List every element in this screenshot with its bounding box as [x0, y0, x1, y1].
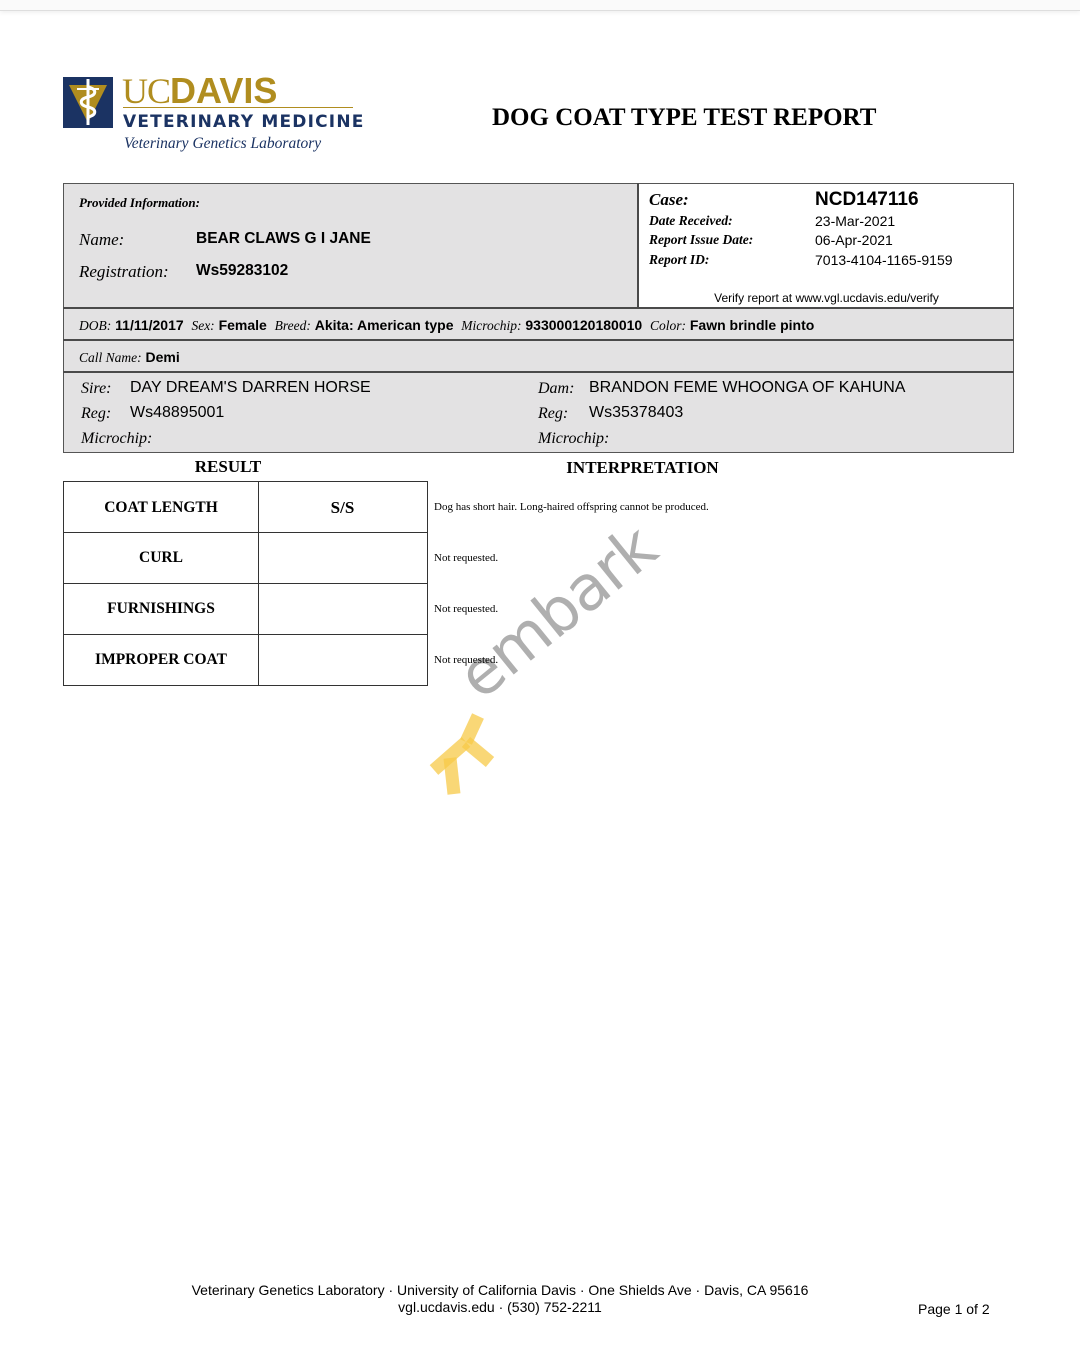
- provided-info-heading: Provided Information:: [79, 195, 200, 211]
- case-label: Case:: [649, 190, 689, 210]
- footer-contact: vgl.ucdavis.edu · (530) 752-2211: [150, 1299, 850, 1315]
- viewer-top-bar: [0, 0, 1080, 11]
- row-divider: [63, 307, 1014, 309]
- sire-reg-label: Reg:: [81, 405, 111, 423]
- details-row: DOB: 11/11/2017 Sex: Female Breed: Akita…: [79, 317, 814, 334]
- report-id: 7013-4104-1165-9159: [815, 252, 953, 268]
- dam-microchip-label: Microchip:: [538, 430, 609, 448]
- date-received-label: Date Received:: [649, 213, 733, 229]
- dam-reg: Ws35378403: [589, 404, 683, 422]
- date-received: 23-Mar-2021: [815, 213, 895, 229]
- test-name: FURNISHINGS: [64, 584, 259, 634]
- dob: 11/11/2017: [115, 317, 184, 333]
- row-divider: [63, 371, 1014, 373]
- result-table: COAT LENGTH S/S CURL FURNISHINGS IMPROPE…: [63, 481, 428, 686]
- dam-reg-label: Reg:: [538, 405, 568, 423]
- logo-school: VETERINARY MEDICINE: [123, 111, 365, 133]
- table-row: FURNISHINGS: [64, 583, 427, 634]
- footer-address: Veterinary Genetics Laboratory · Univers…: [150, 1282, 850, 1298]
- test-name: COAT LENGTH: [64, 482, 259, 533]
- microchip: 933000120180010: [525, 317, 642, 333]
- embark-logo-icon: [426, 712, 516, 802]
- registration-label: Registration:: [79, 262, 169, 282]
- sire-reg: Ws48895001: [130, 404, 224, 422]
- sire-microchip-label: Microchip:: [81, 430, 152, 448]
- call-name-row: Call Name: Demi: [79, 349, 180, 366]
- table-row: CURL: [64, 532, 427, 583]
- report-title: DOG COAT TYPE TEST REPORT: [492, 103, 876, 133]
- sire-label: Sire:: [81, 380, 112, 398]
- interpretation-text: Dog has short hair. Long-haired offsprin…: [434, 501, 709, 513]
- interpretation-text: Not requested.: [434, 654, 498, 666]
- caduceus-icon: [63, 77, 113, 128]
- test-result: [258, 533, 427, 583]
- table-row: IMPROPER COAT: [64, 634, 427, 685]
- sire-name: DAY DREAM'S DARREN HORSE: [130, 379, 371, 397]
- interpretation-text: Not requested.: [434, 603, 498, 615]
- test-result: [258, 635, 427, 685]
- sex: Female: [219, 317, 267, 333]
- report-id-label: Report ID:: [649, 252, 709, 268]
- page-number: Page 1 of 2: [918, 1301, 990, 1317]
- name-label: Name:: [79, 230, 124, 250]
- test-result: S/S: [258, 482, 427, 533]
- test-name: CURL: [64, 533, 259, 583]
- case-number: NCD147116: [815, 189, 919, 211]
- interpretation-text: Not requested.: [434, 552, 498, 564]
- breed: Akita: American type: [315, 317, 454, 333]
- result-heading: RESULT: [63, 457, 393, 477]
- color: Fawn brindle pinto: [690, 317, 814, 333]
- logo-lab-name: Veterinary Genetics Laboratory: [124, 135, 321, 153]
- table-row: COAT LENGTH S/S: [64, 482, 427, 533]
- info-divider: [637, 183, 639, 308]
- row-divider: [63, 339, 1014, 341]
- dam-name: BRANDON FEME WHOONGA OF KAHUNA: [589, 379, 905, 397]
- dog-name: BEAR CLAWS G I JANE: [196, 230, 371, 248]
- issue-date: 06-Apr-2021: [815, 232, 893, 248]
- verify-link[interactable]: Verify report at www.vgl.ucdavis.edu/ver…: [639, 291, 1014, 305]
- test-result: [258, 584, 427, 634]
- dam-label: Dam:: [538, 380, 574, 398]
- logo-divider: [123, 107, 353, 108]
- logo-ucdavis: UCDAVIS: [122, 71, 277, 111]
- registration-value: Ws59283102: [196, 262, 288, 280]
- call-name: Demi: [146, 349, 180, 365]
- interpretation-heading: INTERPRETATION: [540, 458, 745, 478]
- issue-date-label: Report Issue Date:: [649, 232, 753, 248]
- test-name: IMPROPER COAT: [64, 635, 259, 685]
